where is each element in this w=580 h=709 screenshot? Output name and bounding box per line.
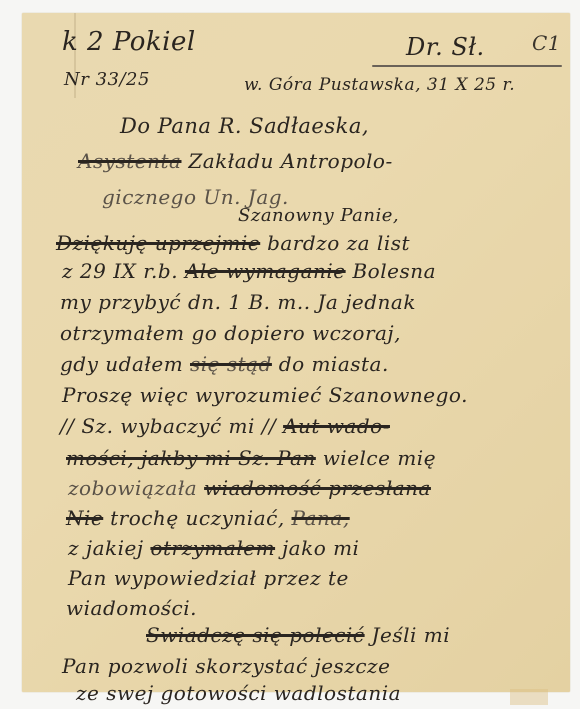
struck-text: się stąd bbox=[190, 352, 272, 376]
body-line-5: gdy udałem się stąd do miasta. bbox=[60, 352, 389, 376]
body-line-7: // Sz. wybaczyć mi // Aut wado- bbox=[60, 414, 390, 438]
salutation: Szanowny Panie, bbox=[238, 205, 399, 226]
recipient-line: Do Pana R. Sadłaeska, bbox=[120, 114, 369, 138]
line-text: Bolesna bbox=[352, 259, 436, 283]
archive-note-top-left: k 2 Pokiel bbox=[62, 27, 196, 57]
line-text: jako mi bbox=[282, 536, 360, 560]
body-line-4: otrzymałem go dopiero wczoraj, bbox=[60, 321, 401, 345]
body-line-15: Pan pozwoli skorzystać jeszcze bbox=[62, 654, 390, 678]
body-line-12: Pan wypowiedział przez te bbox=[68, 566, 349, 590]
struck-text: Pana, bbox=[292, 506, 350, 530]
struck-text: Dziękuję uprzejmie bbox=[56, 231, 260, 255]
signature-abbrev: Dr. Sł. bbox=[406, 33, 485, 61]
struck-text: Nie bbox=[66, 506, 103, 530]
archive-number: Nr 33/25 bbox=[64, 69, 150, 90]
body-line-14: Swiadczę się polecić Jeśli mi bbox=[146, 623, 450, 647]
body-line-8: mości, jakby mi Sz. Pan wielce mię bbox=[66, 446, 436, 470]
struck-text: Swiadczę się polecić bbox=[146, 623, 365, 647]
body-line-1: Dziękuję uprzejmie bardzo za list bbox=[56, 231, 410, 255]
body-line-13: wiadomości. bbox=[66, 596, 197, 620]
struck-text: wiadomość przesłana bbox=[204, 476, 431, 500]
struck-text: otrzymałem bbox=[150, 536, 275, 560]
body-line-16: ze swej gotowości wadlostania bbox=[76, 681, 401, 705]
struck-word: Asystenta bbox=[78, 149, 181, 173]
line-text: z 29 IX r.b. bbox=[62, 259, 178, 283]
body-line-11: z jakiej otrzymałem jako mi bbox=[68, 536, 359, 560]
body-line-6: Proszę więc wyrozumieć Szanownego. bbox=[62, 383, 468, 407]
body-line-2: z 29 IX r.b. Ale wymaganie Bolesna bbox=[62, 259, 436, 283]
recipient-title: Asystenta Zakładu Antropolo- bbox=[78, 149, 393, 173]
struck-text: Ale wymaganie bbox=[185, 259, 346, 283]
line-text: gdy udałem bbox=[60, 352, 183, 376]
body-line-9: zobowiązała wiadomość przesłana bbox=[68, 476, 431, 500]
struck-text: Aut wado- bbox=[283, 414, 390, 438]
line-text: Jeśli mi bbox=[371, 623, 450, 647]
body-line-3: my przybyć dn. 1 B. m.. Ja jednak bbox=[60, 290, 416, 314]
line-text: z jakiej bbox=[68, 536, 144, 560]
letter-paper: k 2 Pokiel Nr 33/25 Dr. Sł. C1 w. Góra P… bbox=[22, 13, 570, 692]
paper-stain bbox=[510, 689, 548, 705]
institution-line: Zakładu Antropolo- bbox=[188, 149, 392, 173]
line-text: zobowiązała bbox=[68, 476, 197, 500]
header-underline bbox=[372, 65, 562, 67]
line-text: // Sz. wybaczyć mi // bbox=[60, 414, 276, 438]
struck-text: mości, jakby mi Sz. Pan bbox=[66, 446, 316, 470]
line-text: wielce mię bbox=[323, 446, 436, 470]
line-text: bardzo za list bbox=[267, 231, 410, 255]
line-text: trochę uczyniać, bbox=[110, 506, 285, 530]
body-line-10: Nie trochę uczyniać, Pana, bbox=[66, 506, 350, 530]
place-and-date: w. Góra Pustawska, 31 X 25 r. bbox=[244, 75, 515, 95]
line-text: do miasta. bbox=[279, 352, 389, 376]
corner-mark: C1 bbox=[532, 31, 561, 55]
